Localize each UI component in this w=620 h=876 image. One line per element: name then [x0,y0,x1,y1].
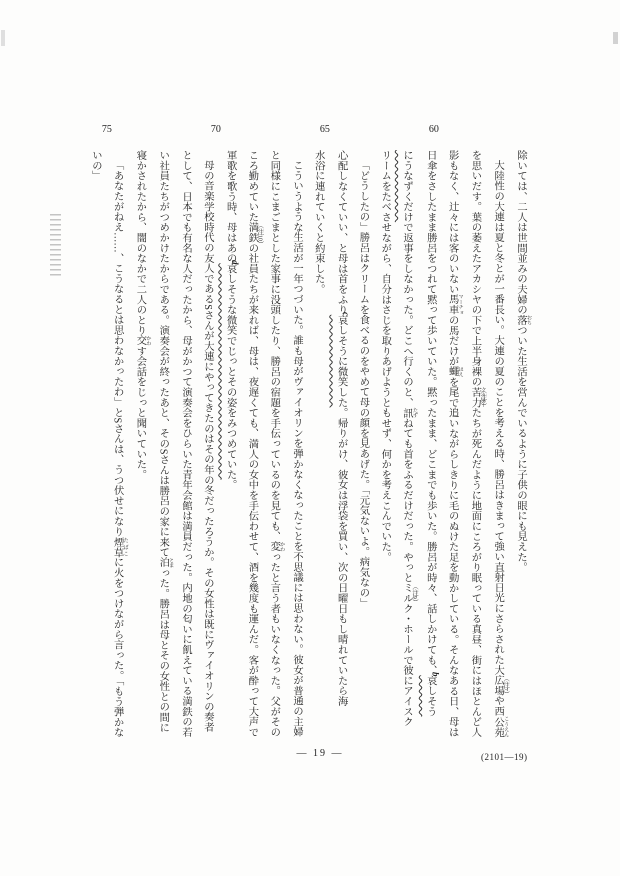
passage-line: い社員たちがつめかけたからである。演奏会が終ったあと、そのSさんは勝呂の家に来て… [151,150,174,754]
ruby-annotated-text: 煙草たばこ [112,537,123,558]
line-number-65: 65 [317,124,333,135]
line-number-75: 75 [99,124,115,135]
text-run: 「あなたがねえ……、こうなるとは思わなかったわ」とSさんは、うつ伏せになり [112,160,123,537]
scan-artifact [50,214,61,278]
ruby-annotated-text: 交かわ [134,335,145,345]
text-run: として、日本でも有名な人だったから、母がかつて演奏会をひらいた青年会館は満員だっ… [180,150,191,737]
passage-line: 寝かされたから、闇のなかで二人のとり交かわす会話をじっと聞いていた。 [129,150,152,754]
passage-line: 心配しなくていい、と母は首をふりc哀しそうに微笑した。帰りがけ、彼女は浮袋を買い… [329,150,352,754]
text-run: 影もなく、辻々には客のいない [447,150,458,294]
text-run: を尾で追いながらしきりに毛のぬけた足を動かしている。そんなある日、母は [447,377,458,738]
passage-line: 母の音楽学校時代の友人であるSさんが大連にやってきたのはその年の冬だったろうか。… [196,150,218,754]
page-code: (2101—19) [481,752,528,762]
text-run: ついた生活を営んでいるように子供の眼にも見えた。 [515,325,526,572]
text-run: と同様にこまごまとした家事に没頭したり、勝呂の宿題を手伝っているのを見ても、 [268,150,279,541]
passage-line: 軍歌を歌う時、母はあのd哀しそうな微笑でじっとその姿をみつめていた。 [218,150,241,754]
ruby-annotated-text: 蠅はえ [447,366,458,376]
wavy-underlined-text: にうなずくだけ [401,150,412,222]
text-run: を思いだす。葉の萎えたアカシヤの下で上半身裸の [469,150,480,387]
text-run: の馬だけが [447,315,458,367]
passage-line: 影もなく、辻々には客のいない馬車マーチョの馬だけが蠅はえを尾で追いながらしきりに… [441,150,464,754]
text-run: 「どうしたの」勝呂はクリームを食べるのをやめて母の顔を見あげた。「元気ないよ。病… [357,160,368,608]
passage-line: リームをたべさせながら、自分はさじを取りあげようともせず、何かを考えこんでいた。 [373,150,395,754]
text-run: で返事をしなかった。どこへ行くのと、 [401,222,412,407]
passage-line: 除いては、二人は世間並みの夫婦の落おちついた生活を営んでいるように子供の眼にも見… [509,150,532,754]
text-run: 。帰りがけ、彼女は浮袋を買い、次の日曜日もし晴れていたら海 [336,408,347,707]
passage-line: として、日本でも有名な人だったから、母がかつて演奏会をひらいた青年会館は満員だっ… [174,150,196,754]
text-run: ねても首をふるだけだった。やっと [401,418,412,583]
ruby-annotated-text: 公苑こうえん [492,717,503,738]
text-run: 大陸性の大連は夏と冬とが一番長い。大連の夏のことを考える時、勝呂はきまって強い直… [492,160,503,665]
ruby-annotated-text: 落おち [515,315,526,325]
scan-artifact [1,30,5,46]
ruby-annotated-text: 馬車マーチョ [447,294,458,315]
text-run: 除いては、二人は世間並みの夫婦の [515,150,526,315]
page-number: — 19 — [20,748,620,759]
passage-line: と同様にこまごまとした家事に没頭したり、勝呂の宿題を手伝っているのを見ても、変か… [262,150,285,754]
text-run: 母の音楽学校時代の友人であるSさんが大連にやってきたのはその年の冬だったろうか。… [202,160,213,732]
text-run: 心配しなくていい、と母は首をふり [336,150,347,315]
text-run: 水浴に連れていくと約束した。 [313,150,324,294]
text-run: いの」 [90,150,101,181]
text-run: 満鉄の社員たちが来れば、母は、夜遅くても、満人の女中を手伝わせて、酒を幾度も運ん… [246,222,257,737]
text-run: ころ勤めていた [246,150,257,222]
passage-line: にうなずくだけで返事をしなかった。どこへ行くのと、訊たずねても首をふるだけだった… [395,150,418,754]
text-run: い社員たちがつめかけたからである。演奏会が終ったあと、そのSさんは勝呂の家に来て [157,150,168,557]
text-run: こういうような生活が一年つづいた。誰も母がヴァイオリンを弾かなくなったことを不思… [291,160,302,737]
passage-line: こういうような生活が一年つづいた。誰も母がヴァイオリンを弾かなくなったことを不思… [285,150,307,754]
wavy-underlined-text: 哀しそうな微笑でじっとその姿をみつめていた [225,263,236,479]
text-run: す会話をじっと聞いていた。 [134,346,145,480]
scan-artifact [613,32,618,44]
text-run: に火をつけながら言った。「もう弾かな [112,557,123,737]
passage-line: いの」 [84,150,106,754]
text-run: ったと言う者もいなくなった。父がその [268,552,279,737]
passage-line: 水浴に連れていくと約束した。 [307,150,329,754]
text-run: った。勝呂は母とその女性との間に [157,568,168,733]
line-number-70: 70 [208,124,224,135]
passage-line: 日傘をさしたまま勝呂をつれて黙って歩いていた。黙ったまま、どこまでも歩いた。勝呂… [418,150,441,754]
passage-line: を思いだす。葉の萎えたアカシヤの下で上半身裸の（注8）苦力クーリーたちが死んだよ… [464,150,487,754]
passage-line: ころ勤めていた（注10）満鉄の社員たちが来れば、母は、夜遅くても、満人の女中を手… [241,150,263,754]
text-run: 。 [225,480,236,490]
exam-page: 60657075 除いては、二人は世間並みの夫婦の落おちついた生活を営んでいるよ… [0,0,620,876]
passage-line: 「どうしたの」勝呂はクリームを食べるのをやめて母の顔を見あげた。「元気ないよ。病… [352,150,374,754]
text-run: 日傘をさしたまま勝呂をつれて黙って歩いていた。黙ったまま、どこまでも歩いた。勝呂… [425,150,436,675]
line-number-60: 60 [426,124,442,135]
text-run: 寝かされたから、闇のなかで二人のとり [134,150,145,335]
wavy-underlined-text: 哀しそうに微笑した [336,315,347,408]
passage-line: 大陸性の大連は夏と冬とが一番長い。大連の夏のことを考える時、勝呂はきまって強い直… [486,150,509,754]
ruby-annotated-text: 訊たず [401,408,412,418]
passage-line: 「あなたがねえ……、こうなるとは思わなかったわ」とSさんは、うつ伏せになり煙草た… [106,150,129,754]
ruby-annotated-text: 泊とま [157,557,168,567]
ruby-annotated-text: 変かわ [268,541,279,551]
wavy-underlined-text: 哀しそう [425,675,436,716]
text-run: リームをたべさせながら、自分はさじを取りあげようともせず、何かを考えこんでいた。 [379,150,390,562]
text-run: 軍歌を歌う時、母はあの [225,150,236,263]
passage-text: 除いては、二人は世間並みの夫婦の落おちついた生活を営んでいるように子供の眼にも見… [84,150,532,754]
text-run: たちが死んだように地面にころがり眠っている真昼、街にはほとんど人 [469,408,480,738]
